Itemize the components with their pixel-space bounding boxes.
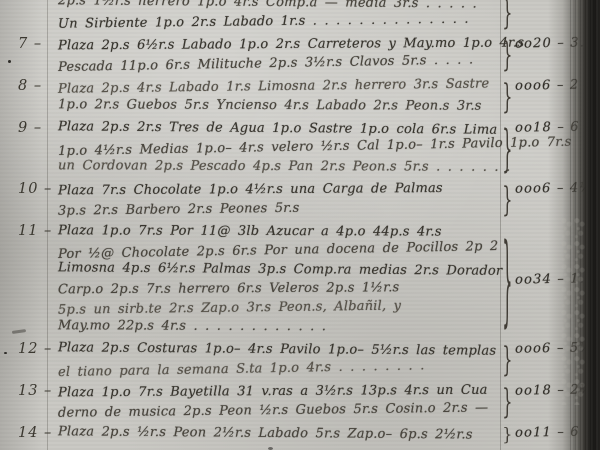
entry-number [10,0,58,31]
ledger-entry: 10 – Plaza 7r.s Chocolate 1p.o 4½r.s una… [10,180,600,218]
ledger-entry: 2p.s 1½r.s herrero 1p.o 4r.s Comp.a — me… [10,0,600,31]
ledger-entry: 12 – Plaza 2p.s Costuras 1p.o– 4r.s Pavi… [10,340,600,378]
amount-cell: } ooo6 – 4½ [500,180,600,218]
entry-text: Plaza 7r.s Chocolate 1p.o 4½r.s una Carg… [58,180,500,218]
ink-speck [8,60,11,63]
amount-cell: } oo20 – 3. [500,35,600,73]
entry-text: Plaza 1p.o 7r.s Bayetilla 31 v.ras a 3½r… [58,382,500,420]
entry-number: 12 – [10,340,58,378]
entry-line: un Cordovan 2p.s Pescado 4p.s Pan 2r.s P… [58,156,500,177]
amount-cell: } oo18 – 2½ [500,382,600,420]
entry-number: 13 – [10,382,58,420]
entry-amount: oo34 – 1. [515,270,585,287]
entry-amount: oo20 – 3. [515,34,585,51]
closing-brace: } [502,425,512,443]
entry-amount: oo11 – 6 – [515,423,593,440]
closing-brace: } [502,182,512,216]
ink-speck [4,352,7,354]
entry-text: Plaza 1p.o 7r.s Por 11@ 3lb Azucar a 4p.… [58,222,500,336]
entry-text: Plaza 2p.s 4r.s Labado 1r.s Limosna 2r.s… [58,77,500,115]
entry-number: 9 – [10,119,58,176]
entry-amount: oo18 – 2½ [515,381,594,398]
entry-number: 11 – [10,222,58,336]
entry-number: 7 – [10,35,58,73]
ledger-entry: 7 – Plaza 2p.s 6½r.s Labado 1p.o 2r.s Ca… [10,35,600,73]
manuscript-photo: { "colors": { "paper": "#c9c8c3", "ink":… [0,0,600,450]
amount-cell: } oo18 – 6 – [500,119,600,176]
entry-number: 10 – [10,180,58,218]
ledger-entry: 9 – Plaza 2p.s 2r.s Tres de Agua 1p.o Sa… [10,119,600,176]
entry-text: Plaza 2p.s ½r.s Peon 2½r.s Labado 5r.s Z… [58,424,500,443]
closing-brace: } [502,230,512,328]
entry-amount: ooo6 – 4½ [515,179,593,196]
ledger-entry: 8 – Plaza 2p.s 4r.s Labado 1r.s Limosna … [10,77,600,115]
entry-text: 2p.s 1½r.s herrero 1p.o 4r.s Comp.a — me… [58,0,500,31]
entry-amount: ooo6 – 2 – [515,76,593,93]
amount-cell: } [500,0,600,31]
closing-brace: } [502,37,512,71]
ledger-entry: 13 – Plaza 1p.o 7r.s Bayetilla 31 v.ras … [10,382,600,420]
closing-brace: } [502,79,512,113]
entry-text: Plaza 2p.s 6½r.s Labado 1p.o 2r.s Carret… [58,35,500,73]
closing-brace: } [502,0,512,29]
entry-line: May.mo 22p.s 4r.s . . . . . . . . . . . … [58,316,500,337]
entry-line: 3p.s 2r.s Barbero 2r.s Peones 5r.s [58,196,500,220]
entry-text: Plaza 2p.s Costuras 1p.o– 4r.s Pavilo 1p… [58,340,500,378]
entry-line: derno de musica 2p.s Peon ½r.s Guebos 5r… [58,398,500,422]
amount-cell: } ooo6 – 2 – [500,77,600,115]
entry-amount: ooo6 – 5½ [515,339,593,356]
entry-number: 8 – [10,77,58,115]
entry-text: Plaza 2p.s 2r.s Tres de Agua 1p.o Sastre… [58,119,500,176]
amount-cell: } ooo6 – 5½ [500,340,600,378]
amount-cell: } oo11 – 6 – [500,424,600,443]
ledger-entry: 11 – Plaza 1p.o 7r.s Por 11@ 3lb Azucar … [10,222,600,336]
closing-brace: } [502,342,512,376]
closing-brace: } [502,123,512,173]
entry-line: el tiano para la semana S.ta 1p.o 4r.s .… [58,355,500,382]
entry-number: 14 – [10,424,58,443]
ledger-page: 2p.s 1½r.s herrero 1p.o 4r.s Comp.a — me… [10,0,600,447]
amount-cell: } oo34 – 1. [500,222,600,336]
entry-line: Plaza 2p.s ½r.s Peon 2½r.s Labado 5r.s Z… [58,422,500,444]
closing-brace: } [502,384,512,418]
entry-line: Un Sirbiente 1p.o 2r.s Labado 1r.s . . .… [58,9,500,33]
entry-amount: oo18 – 6 – [515,118,593,135]
ledger-entry: 14 – Plaza 2p.s ½r.s Peon 2½r.s Labado 5… [10,424,600,443]
entry-line: 1p.o 2r.s Guebos 5r.s Yncienso 4r.s Laba… [58,95,500,116]
